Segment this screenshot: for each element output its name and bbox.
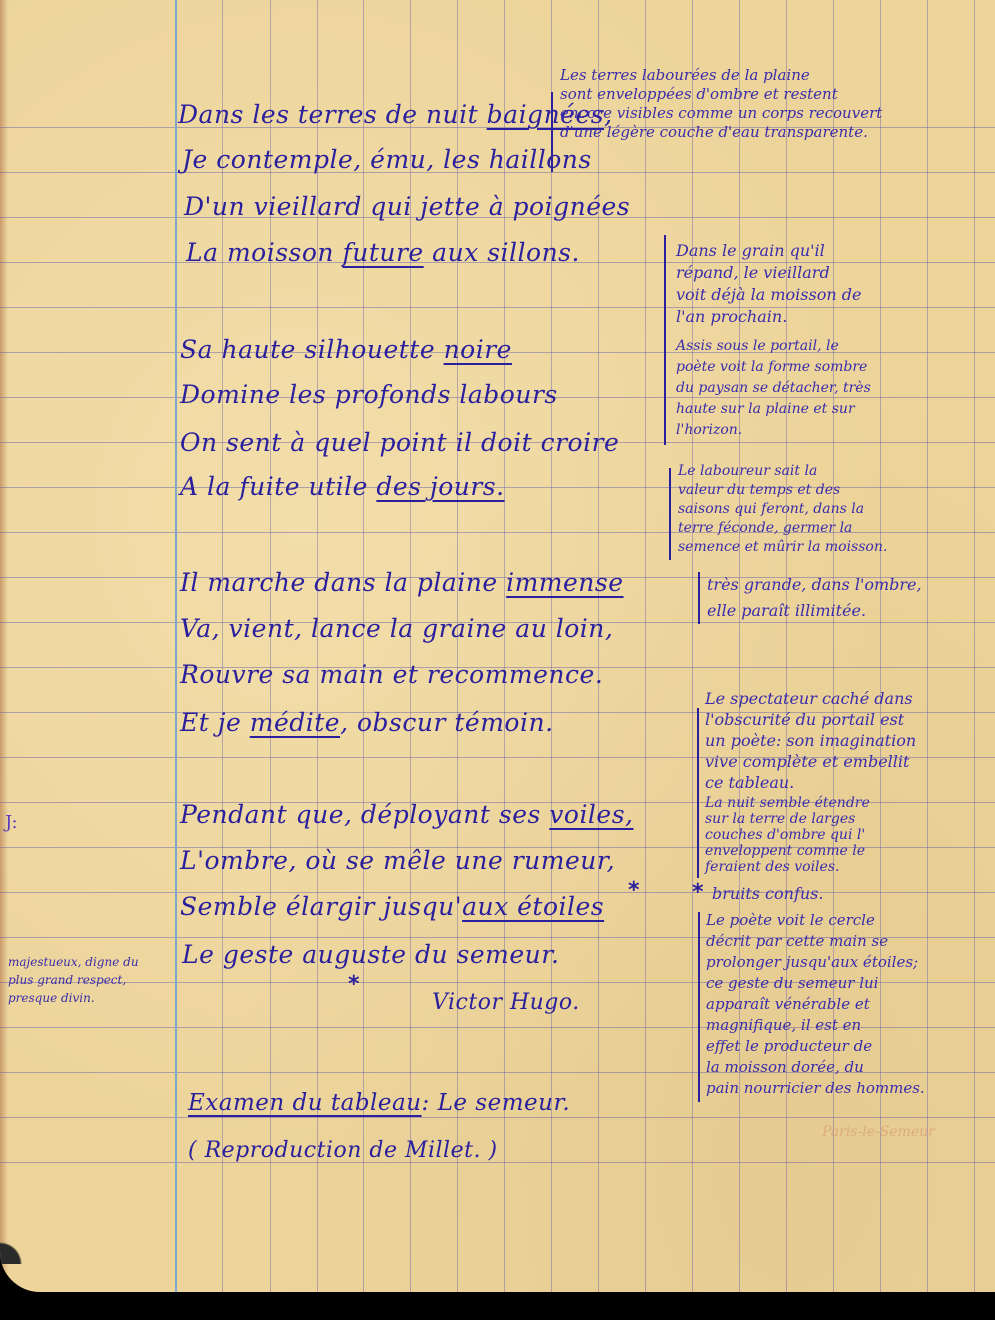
underlined-word: des jours. (376, 472, 504, 501)
poem-text: Sa haute silhouette (180, 335, 444, 364)
note-line: plus grand respect, (8, 971, 139, 989)
poem-line: D'un vieillard qui jette à poignées (184, 192, 630, 221)
poem-text: Semble élargir jusqu' (180, 892, 462, 921)
note-line: elle paraît illimitée. (707, 598, 922, 624)
note-line: feraient des voiles. (705, 859, 870, 875)
note-line: La nuit semble étendre (705, 795, 870, 811)
exercise-title: Examen du tableau: Le semeur. (188, 1090, 570, 1116)
poem-line: On sent à quel point il doit croire (180, 428, 619, 457)
poem-text: , obscur témoin. (340, 708, 553, 737)
poem-line: Pendant que, déployant ses voiles, (180, 800, 634, 829)
brace (698, 912, 700, 1102)
faded-stamp: Paris-le-Semeur (822, 1124, 935, 1140)
note-line: vive complète et embellit (705, 751, 916, 772)
underlined-word: future (342, 238, 423, 267)
annotation-note: Le poète voit le cercle décrit par cette… (706, 910, 925, 1099)
exercise-title-underlined: Examen du tableau (188, 1090, 422, 1116)
note-line: décrit par cette main se (706, 931, 925, 952)
poem-line: Va, vient, lance la graine au loin, (180, 614, 613, 643)
annotation-note: Assis sous le portail, le poète voit la … (676, 336, 871, 441)
asterisk-mark: * (348, 972, 360, 997)
annotation-note: Le spectateur caché dans l'obscurité du … (705, 688, 916, 793)
note-line: saisons qui feront, dans la (678, 500, 887, 519)
poem-text: Domine les profonds labours (180, 380, 558, 409)
poem-text: Il marche dans la plaine (180, 568, 506, 597)
underlined-word: aux étoiles (462, 892, 604, 921)
poem-line: Il marche dans la plaine immense (180, 568, 624, 597)
margin-mark: J: (5, 812, 18, 833)
poem-text: Et je (180, 708, 250, 737)
note-line: encore visibles comme un corps recouvert (560, 104, 882, 123)
note-line: l'horizon. (676, 420, 871, 441)
annotation-note: Le laboureur sait la valeur du temps et … (678, 462, 887, 557)
note-line: du paysan se détacher, très (676, 378, 871, 399)
note-line: apparaît vénérable et (706, 994, 925, 1015)
note-line: prolonger jusqu'aux étoiles; (706, 952, 925, 973)
poem-text: Dans les terres de nuit (178, 100, 487, 129)
annotation-note: La nuit semble étendre sur la terre de l… (705, 795, 870, 875)
note-line: voit déjà la moisson de (676, 284, 861, 306)
poem-text: D'un vieillard qui jette à poignées (184, 192, 630, 221)
note-line: Dans le grain qu'il (676, 240, 861, 262)
grid-line (974, 0, 975, 1292)
annotation-note: Les terres labourées de la plaine sont e… (560, 66, 882, 142)
exercise-subtitle: ( Reproduction de Millet. ) (188, 1138, 498, 1163)
note-line: sont enveloppées d'ombre et restent (560, 85, 882, 104)
underlined-word: médite (250, 708, 340, 737)
note-line: majestueux, digne du (8, 953, 139, 971)
note-line: haute sur la plaine et sur (676, 399, 871, 420)
poem-text: Va, vient, lance la graine au loin, (180, 614, 613, 643)
margin-note: majestueux, digne du plus grand respect,… (8, 953, 139, 1007)
asterisk-mark: * (692, 880, 704, 905)
note-line: poète voit la forme sombre (676, 357, 871, 378)
note-line: terre féconde, germer la (678, 519, 887, 538)
asterisk-mark: * (628, 878, 640, 903)
poem-text: aux sillons. (424, 238, 580, 267)
poem-line: Je contemple, ému, les haillons (182, 145, 592, 174)
note-line: Le laboureur sait la (678, 462, 887, 481)
poem-text: Je contemple, ému, les haillons (182, 145, 592, 174)
note-line: ce geste du semeur lui (706, 973, 925, 994)
poem-line: Et je médite, obscur témoin. (180, 708, 554, 737)
note-line: très grande, dans l'ombre, (707, 572, 922, 598)
note-line: enveloppent comme le (705, 843, 870, 859)
note-line: valeur du temps et des (678, 481, 887, 500)
poem-line: L'ombre, où se mêle une rumeur, (180, 846, 615, 875)
poem-text: La moisson (186, 238, 342, 267)
note-line: Assis sous le portail, le (676, 336, 871, 357)
annotation-note: très grande, dans l'ombre, elle paraît i… (707, 572, 922, 624)
poem-line: Semble élargir jusqu'aux étoiles (180, 892, 604, 921)
brace (669, 468, 671, 560)
note-line: l'obscurité du portail est (705, 709, 916, 730)
note-line: presque divin. (8, 989, 139, 1007)
annotation-note: Dans le grain qu'il répand, le vieillard… (676, 240, 861, 328)
note-line: effet le producteur de (706, 1036, 925, 1057)
note-line: d'une légère couche d'eau transparente. (560, 123, 882, 142)
poem-line: Sa haute silhouette noire (180, 335, 512, 364)
exercise-title-rest: : Le semeur. (422, 1090, 571, 1116)
annotation-note: bruits confus. (712, 884, 823, 903)
poem-line: A la fuite utile des jours. (180, 472, 505, 501)
note-line: un poète: son imagination (705, 730, 916, 751)
notebook-page: Dans les terres de nuit baignées, Je con… (0, 0, 995, 1292)
underlined-word: immense (506, 568, 623, 597)
poem-line: Dans les terres de nuit baignées, (178, 100, 613, 129)
poem-line: Le geste auguste du semeur. (182, 940, 559, 969)
poem-line: La moisson future aux sillons. (186, 238, 580, 267)
grid-line (927, 0, 928, 1292)
note-line: l'an prochain. (676, 306, 861, 328)
grid-line (692, 0, 693, 1292)
poem-line: Rouvre sa main et recommence. (180, 660, 603, 689)
note-line: pain nourricier des hommes. (706, 1078, 925, 1099)
poem-author: Victor Hugo. (432, 990, 580, 1015)
note-line: la moisson dorée, du (706, 1057, 925, 1078)
poem-text: On sent à quel point il doit croire (180, 428, 619, 457)
note-line: magnifique, il est en (706, 1015, 925, 1036)
grid-line (645, 0, 646, 1292)
note-line: Le poète voit le cercle (706, 910, 925, 931)
poem-line: Domine les profonds labours (180, 380, 558, 409)
brace (698, 572, 700, 624)
poem-text: Pendant que, déployant ses (180, 800, 549, 829)
poem-text: A la fuite utile (180, 472, 376, 501)
note-line: ce tableau. (705, 772, 916, 793)
poem-text: L'ombre, où se mêle une rumeur, (180, 846, 615, 875)
poem-text: Rouvre sa main et recommence. (180, 660, 603, 689)
margin-line (175, 0, 177, 1292)
note-line: répand, le vieillard (676, 262, 861, 284)
note-line: semence et mûrir la moisson. (678, 538, 887, 557)
brace (664, 235, 666, 445)
note-line: Les terres labourées de la plaine (560, 66, 882, 85)
note-line: couches d'ombre qui l' (705, 827, 870, 843)
grid-line (0, 1117, 995, 1118)
underlined-word: voiles, (549, 800, 633, 829)
brace (697, 708, 699, 878)
poem-text: Le geste auguste du semeur. (182, 940, 559, 969)
page-corner (0, 1234, 40, 1264)
brace (551, 92, 553, 172)
note-line: Le spectateur caché dans (705, 688, 916, 709)
underlined-word: noire (444, 335, 512, 364)
note-line: sur la terre de larges (705, 811, 870, 827)
